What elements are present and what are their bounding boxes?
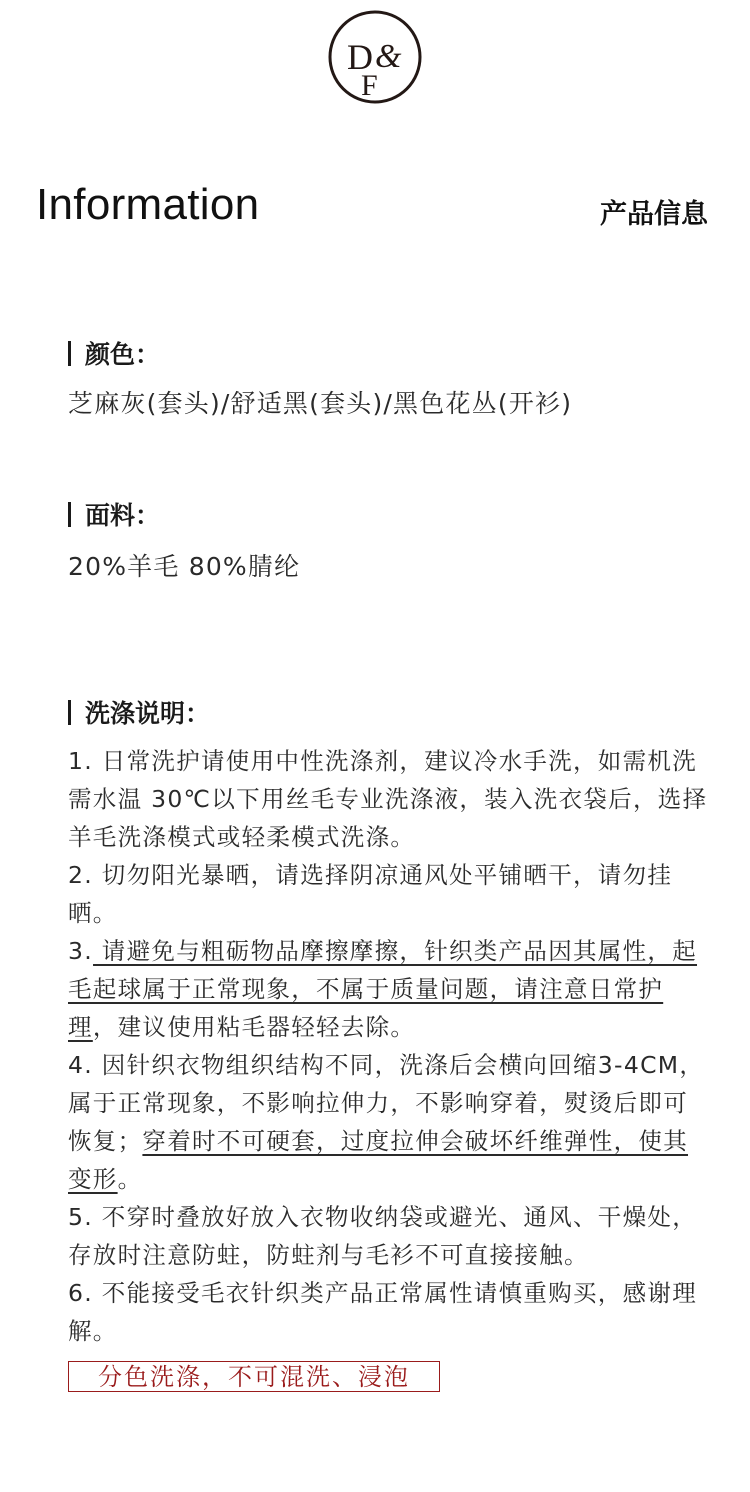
- wash-item-4: 4. 因针织衣物组织结构不同，洗涤后会横向回缩3-4CM，属于正常现象，不影响拉…: [68, 1046, 708, 1198]
- wash-item-5: 5. 不穿时叠放好放入衣物收纳袋或避光、通风、干燥处，存放时注意防蛀，防蛀剂与毛…: [68, 1198, 708, 1274]
- wash-text: ，建议使用粘毛器轻轻去除。: [93, 1013, 415, 1041]
- header-title-cn: 产品信息: [600, 192, 708, 231]
- section-bar: [68, 700, 71, 725]
- section-bar: [68, 502, 71, 527]
- wash-text: 。: [118, 1165, 143, 1193]
- warning-box: 分色洗涤，不可混洗、浸泡: [68, 1361, 440, 1392]
- wash-text: 1. 日常洗护请使用中性洗涤剂，建议冷水手洗，如需机洗需水温 30℃以下用丝毛专…: [68, 747, 707, 851]
- washing-instructions: 1. 日常洗护请使用中性洗涤剂，建议冷水手洗，如需机洗需水温 30℃以下用丝毛专…: [68, 742, 708, 1350]
- wash-item-2: 2. 切勿阳光暴晒，请选择阴凉通风处平铺晒干，请勿挂晒。: [68, 856, 708, 932]
- section-title-text: 颜色：: [85, 335, 160, 371]
- wash-text-emphasis: 穿着时不可硬套，过度拉伸会破坏纤维弹性，使其变形: [68, 1127, 688, 1193]
- wash-item-1: 1. 日常洗护请使用中性洗涤剂，建议冷水手洗，如需机洗需水温 30℃以下用丝毛专…: [68, 742, 708, 856]
- wash-text: 6. 不能接受毛衣针织类产品正常属性请慎重购买，感谢理解。: [68, 1279, 697, 1345]
- color-value: 芝麻灰(套头)/舒适黑(套头)/黑色花丛(开衫): [68, 384, 572, 420]
- wash-item-6: 6. 不能接受毛衣针织类产品正常属性请慎重购买，感谢理解。: [68, 1274, 708, 1350]
- wash-text: 5. 不穿时叠放好放入衣物收纳袋或避光、通风、干燥处，存放时注意防蛀，防蛀剂与毛…: [68, 1203, 697, 1269]
- wash-item-3: 3. 请避免与粗砺物品摩擦摩擦，针织类产品因其属性，起毛起球属于正常现象，不属于…: [68, 932, 708, 1046]
- wash-text: 2. 切勿阳光暴晒，请选择阴凉通风处平铺晒干，请勿挂晒。: [68, 861, 672, 927]
- brand-logo: D F &: [327, 9, 423, 105]
- section-title-color: 颜色：: [68, 335, 160, 371]
- section-title-text: 面料：: [85, 496, 160, 532]
- section-title-washing: 洗涤说明：: [68, 694, 210, 730]
- section-title-text: 洗涤说明：: [85, 694, 210, 730]
- svg-text:&: &: [375, 38, 402, 75]
- section-title-fabric: 面料：: [68, 496, 160, 532]
- fabric-value: 20%羊毛 80%腈纶: [68, 547, 300, 583]
- header-title-en: Information: [36, 180, 259, 230]
- wash-text: 3.: [68, 937, 93, 965]
- section-bar: [68, 341, 71, 366]
